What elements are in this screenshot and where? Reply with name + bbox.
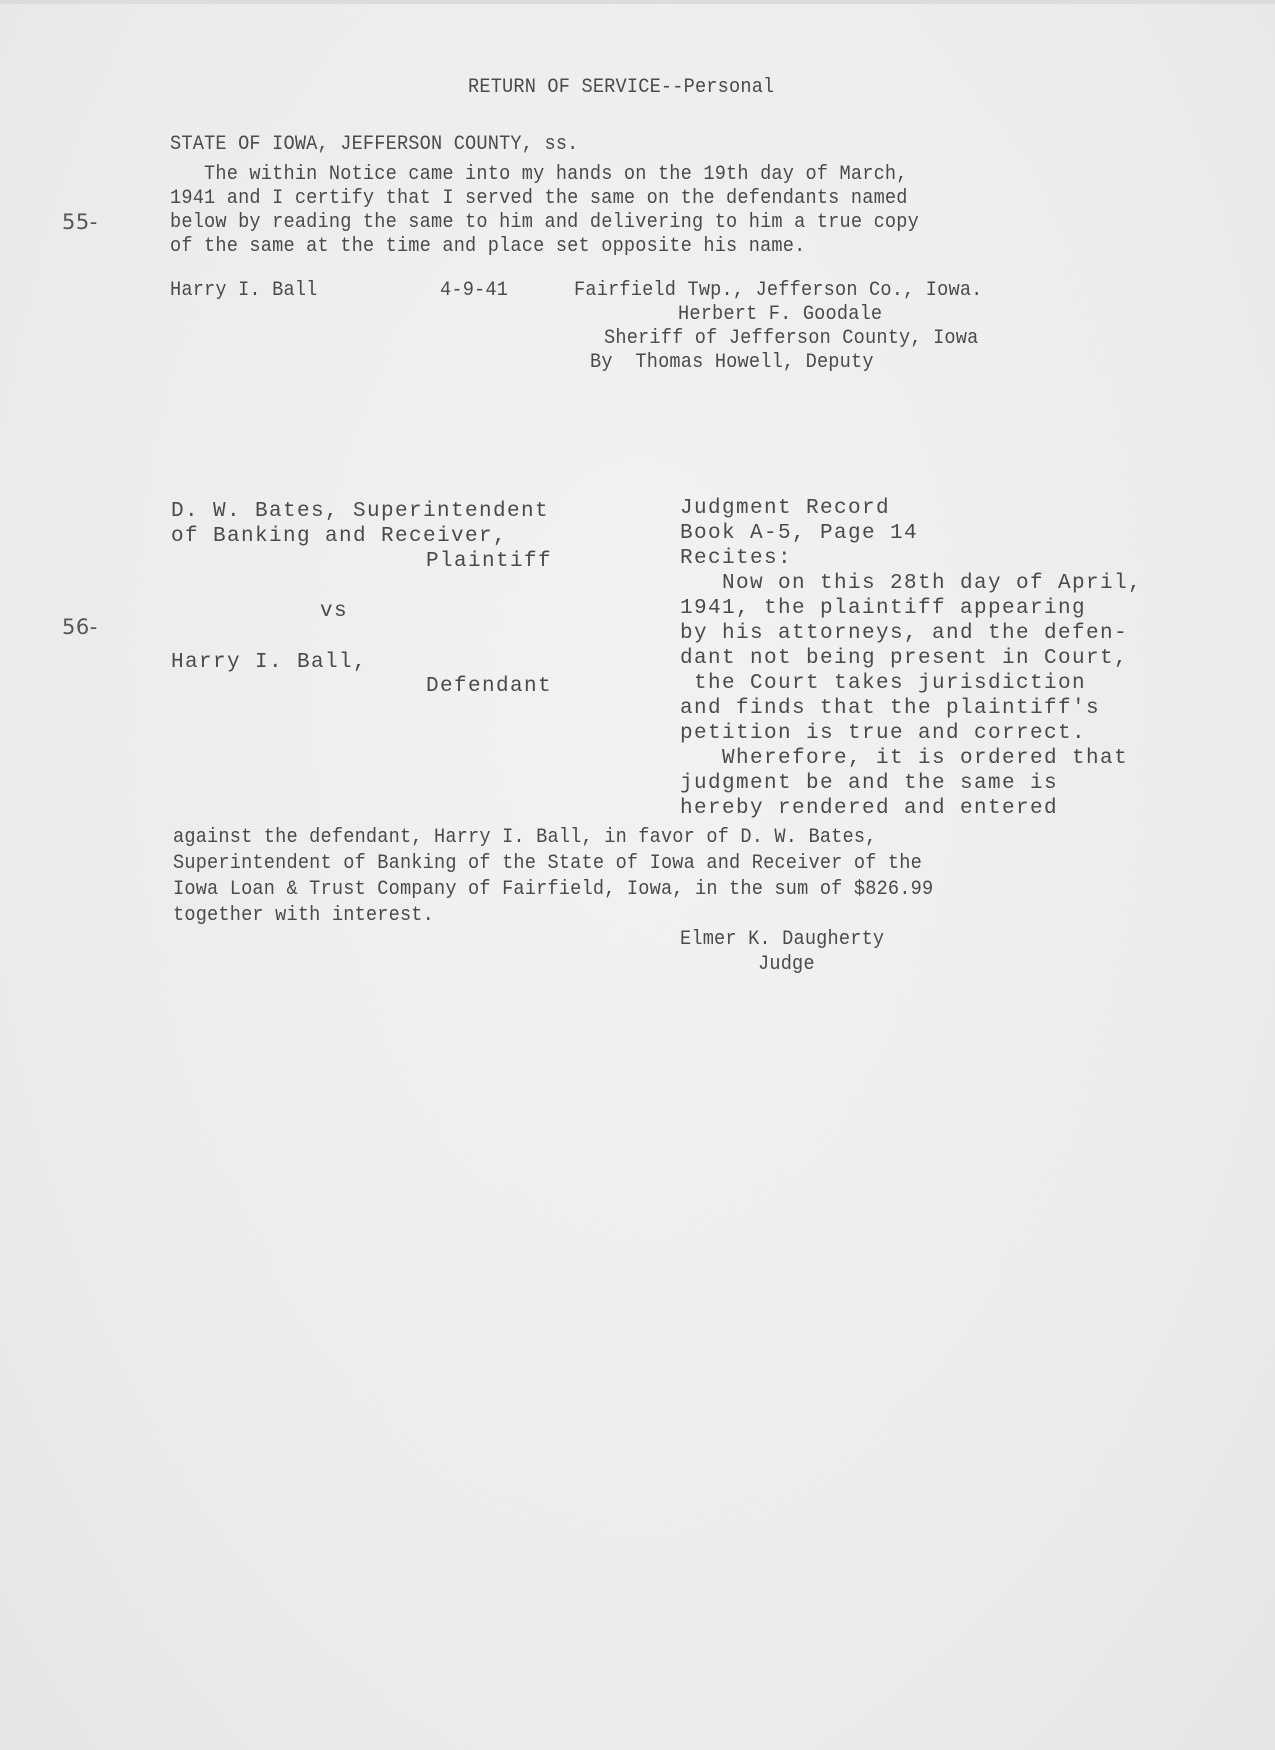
service-body-line: 1941 and I certify that I served the sam…: [170, 187, 908, 211]
document-page: RETURN OF SERVICE--Personal STATE OF IOW…: [0, 0, 1275, 1750]
judgment-record-line: petition is true and correct.: [680, 722, 1086, 746]
judgment-record-line: judgment be and the same is: [680, 772, 1058, 796]
sheriff-name: Herbert F. Goodale: [678, 303, 882, 327]
judgment-record-line: Wherefore, it is ordered that: [680, 747, 1128, 771]
judgment-record-line: dant not being present in Court,: [680, 647, 1128, 671]
served-date: 4-9-41: [440, 279, 508, 303]
judgment-record-line: by his attorneys, and the defen-: [680, 622, 1128, 646]
service-body-line: of the same at the time and place set op…: [170, 235, 805, 259]
venue-line: STATE OF IOWA, JEFFERSON COUNTY, ss.: [170, 133, 579, 157]
served-place: Fairfield Twp., Jefferson Co., Iowa.: [574, 279, 983, 303]
judgment-record-line: 1941, the plaintiff appearing: [680, 597, 1086, 621]
judgment-record-line: Book A-5, Page 14: [680, 522, 918, 546]
judgment-record-line: Judgment Record: [680, 497, 890, 521]
versus-label: vs: [320, 600, 348, 624]
judgment-continuation-line: against the defendant, Harry I. Ball, in…: [173, 826, 877, 850]
sheriff-title: Sheriff of Jefferson County, Iowa: [604, 327, 978, 351]
plaintiff-label: Plaintiff: [426, 550, 552, 574]
deputy-line: By Thomas Howell, Deputy: [590, 351, 874, 375]
judgment-record-line: hereby rendered and entered: [680, 797, 1058, 821]
document-title: RETURN OF SERVICE--Personal: [468, 76, 774, 100]
judgment-continuation-line: Superintendent of Banking of the State o…: [173, 852, 922, 876]
paper-edge: [0, 0, 1275, 4]
judge-name: Elmer K. Daugherty: [680, 928, 884, 952]
margin-number-55: 55-: [62, 210, 98, 234]
service-body-line: below by reading the same to him and del…: [170, 211, 919, 235]
service-body-line: The within Notice came into my hands on …: [170, 163, 908, 187]
judgment-continuation-line: together with interest.: [173, 904, 434, 928]
judgment-record-line: the Court takes jurisdiction: [680, 672, 1086, 696]
plaintiff-line: D. W. Bates, Superintendent: [171, 500, 549, 524]
served-name: Harry I. Ball: [170, 279, 318, 303]
judgment-record-line: Now on this 28th day of April,: [680, 572, 1142, 596]
plaintiff-line: of Banking and Receiver,: [171, 525, 507, 549]
margin-number-56: 56-: [62, 615, 98, 639]
judge-title: Judge: [758, 953, 815, 977]
defendant-name: Harry I. Ball,: [171, 651, 367, 675]
judgment-record-line: Recites:: [680, 547, 792, 571]
defendant-label: Defendant: [426, 675, 552, 699]
judgment-continuation-line: Iowa Loan & Trust Company of Fairfield, …: [173, 878, 933, 902]
judgment-record-line: and finds that the plaintiff's: [680, 697, 1100, 721]
